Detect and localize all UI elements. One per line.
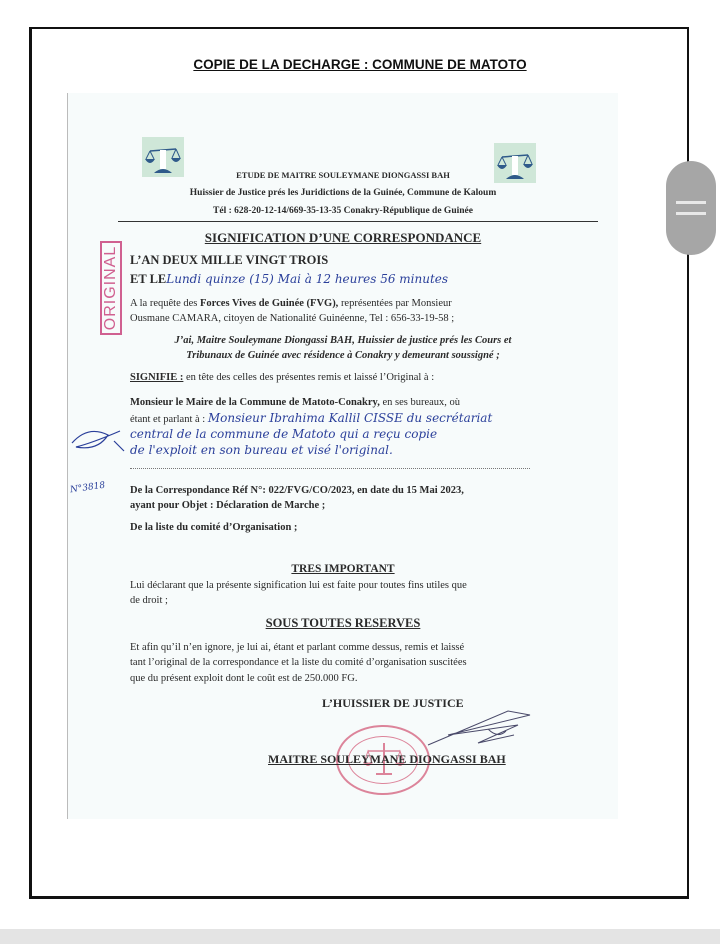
tres-important-heading: TRES IMPORTANT [68,563,618,575]
letterhead-line3: Tél : 628-20-12-14/669-35-13-35 Conakry-… [68,206,618,216]
handwritten-signature [418,705,538,753]
dotted-line [130,468,530,469]
afin-line-3: que du présent exploit dont le coût est … [130,673,357,684]
grip-line-icon [676,212,706,215]
margin-number: N°3818 [69,481,105,496]
request-line-2: Ousmane CAMARA, citoyen de Nationalité G… [130,313,454,324]
page-title: COPIE DE LA DECHARGE : COMMUNE DE MATOTO [0,57,720,72]
reference-line-2: ayant pour Objet : Déclaration de Marche… [130,500,325,511]
grip-line-icon [676,201,706,204]
afin-line-1: Et afin qu’il n’en ignore, je lui ai, ét… [130,642,464,653]
handwritten-recipient-2: central de la commune de Matoto qui a re… [130,427,437,441]
date-line: ET LELundi quinze (15) Mai à 12 heures 5… [130,272,448,287]
year-line: L’AN DEUX MILLE VINGT TROIS [130,253,328,268]
scanned-document: ETUDE DE MAITRE SOULEYMANE DIONGASSI BAH… [67,93,618,819]
margin-initials-scribble [68,421,130,461]
jai-line-2: Tribunaux de Guinée avec résidence à Con… [68,350,618,361]
jai-line-1: J’ai, Maitre Souleymane Diongassi BAH, H… [68,335,618,346]
scrollbar-handle[interactable] [666,161,716,255]
signifie-line: SIGNIFIE : en tête des celles des présen… [130,372,434,383]
letterhead-line1: ETUDE DE MAITRE SOULEYMANE DIONGASSI BAH [68,170,618,180]
original-stamp: ORIGINAL [100,241,122,335]
reference-line-1: De la Correspondance Réf N°: 022/FVG/CO/… [130,485,464,496]
liste-line: De la liste du comité d’Organisation ; [130,522,297,533]
sous-toutes-reserves-heading: SOUS TOUTES RESERVES [68,616,618,631]
declarant-line-2: de droit ; [130,595,168,606]
bottom-bar [0,929,720,944]
letterhead-line2: Huissier de Justice prés les Juridiction… [68,188,618,198]
handwritten-date: Lundi quinze (15) Mai à 12 heures 56 min… [166,272,448,286]
declarant-line-1: Lui déclarant que la présente significat… [130,580,467,591]
signature-name: MAITRE SOULEYMANE DIONGASSI BAH [268,752,506,767]
document-heading: SIGNIFICATION D’UNE CORRESPONDANCE [68,230,618,246]
maire-line: Monsieur le Maire de la Commune de Matot… [130,397,460,408]
parlant-line: étant et parlant à : Monsieur Ibrahima K… [130,411,492,425]
letterhead-divider [118,221,598,222]
afin-line-2: tant l’original de la correspondance et … [130,657,467,668]
request-line-1: A la requête des Forces Vives de Guinée … [130,298,452,309]
handwritten-recipient-1: Monsieur Ibrahima Kallil CISSE du secrét… [208,411,492,425]
handwritten-recipient-3: de l'exploit en son bureau et visé l'ori… [130,443,393,457]
